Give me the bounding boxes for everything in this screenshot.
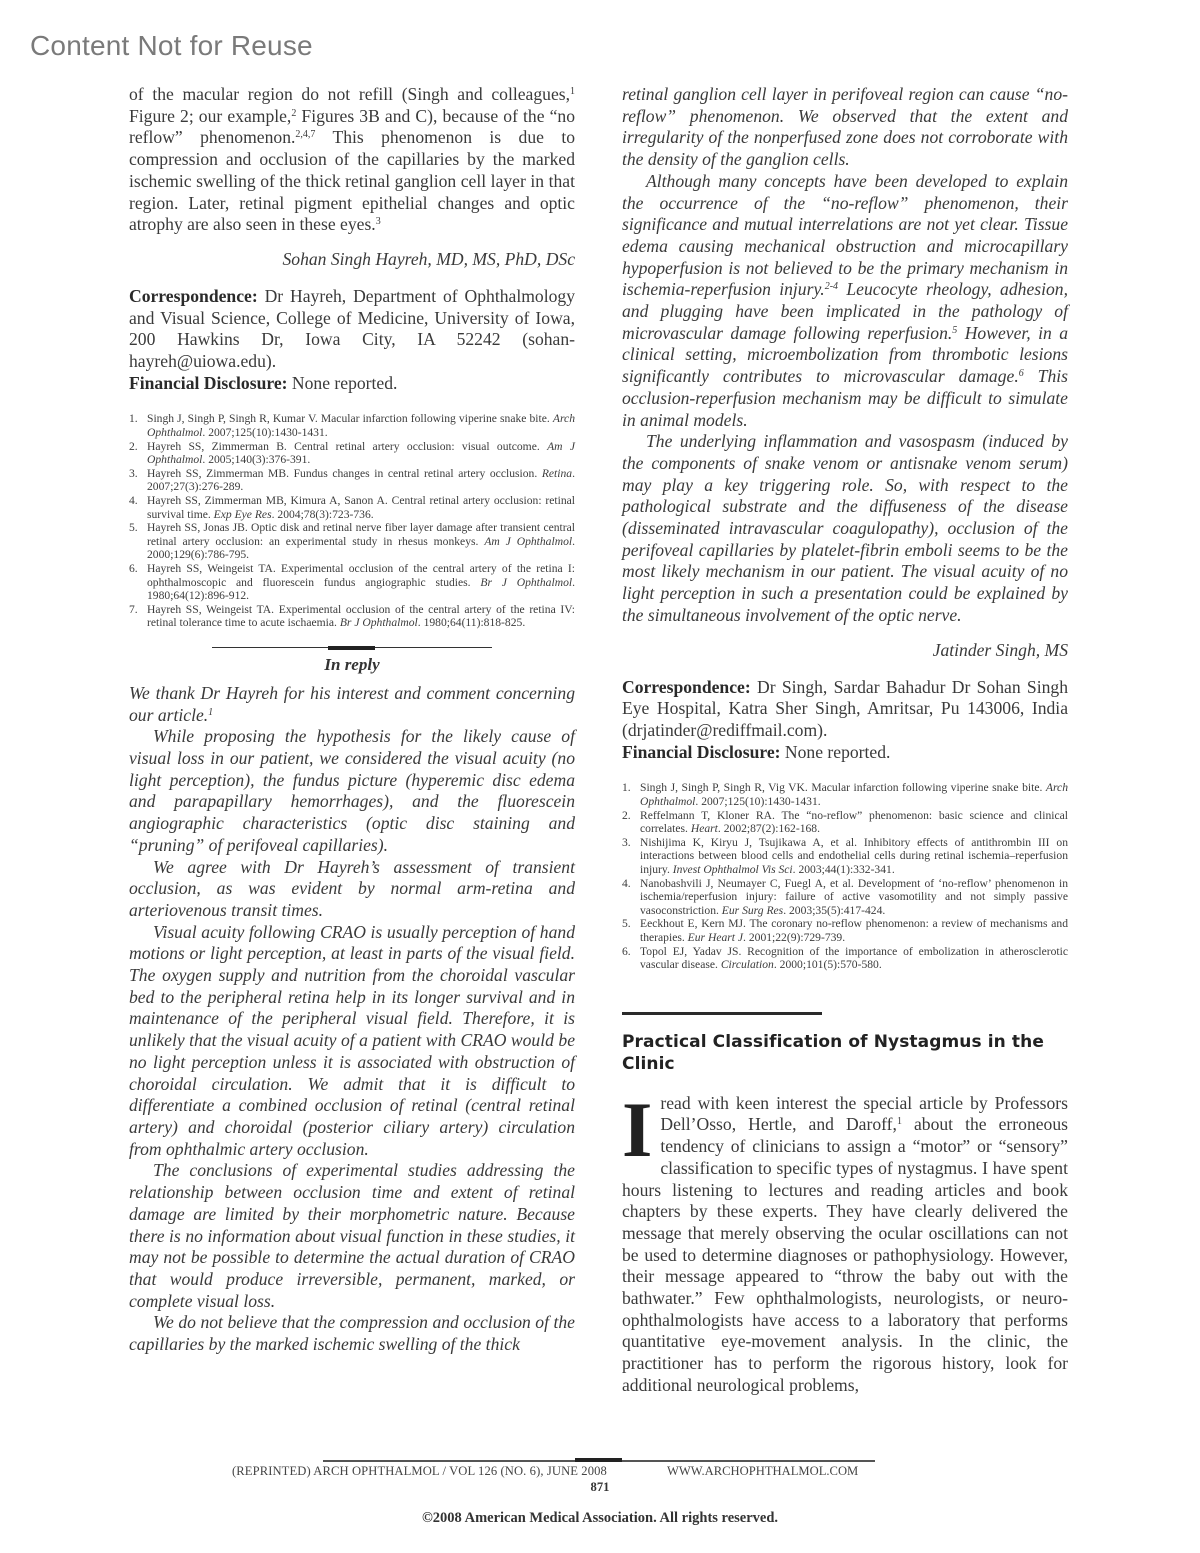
reference-cite: . 2003;44(1):332-341. [793, 863, 895, 876]
reference-item: 4.Nanobashvili J, Neumayer C, Fuegl A, e… [622, 877, 1068, 918]
reference-cite: . 2001;22(9):729-739. [743, 931, 845, 944]
reference-number: 1. [129, 412, 138, 426]
citation-superscript: 1 [570, 86, 575, 97]
reference-cite: . 2000;101(5):570-580. [774, 958, 882, 971]
reference-number: 1. [622, 781, 631, 795]
reference-item: 7.Hayreh SS, Weingeist TA. Experimental … [129, 603, 575, 630]
text: We thank Dr Hayreh for his interest and … [129, 683, 575, 725]
reference-number: 6. [622, 945, 631, 959]
reply-continuation: retinal ganglion cell layer in perifovea… [622, 84, 1068, 171]
reference-item: 6.Topol EJ, Yadav JS. Recognition of the… [622, 945, 1068, 972]
citation-superscript: 1 [208, 707, 213, 718]
reference-journal: Circulation [721, 958, 774, 971]
reference-item: 3.Hayreh SS, Zimmerman MB. Fundus change… [129, 467, 575, 494]
reply-paragraph: The conclusions of experimental studies … [129, 1160, 575, 1312]
reference-number: 5. [622, 917, 631, 931]
reference-number: 3. [129, 467, 138, 481]
reference-list: 1.Singh J, Singh P, Singh R, Kumar V. Ma… [129, 412, 575, 630]
citation-superscript: 2,4,7 [295, 129, 315, 140]
correspondence-label: Correspondence: [129, 286, 258, 306]
reference-item: 6.Hayreh SS, Weingeist TA. Experimental … [129, 562, 575, 603]
reference-cite: . 2007;125(10):1430-1431. [695, 795, 820, 808]
author-signature: Jatinder Singh, MS [622, 639, 1068, 661]
watermark: Content Not for Reuse [30, 30, 313, 62]
copyright-notice: ©2008 American Medical Association. All … [0, 1510, 1200, 1527]
text: of the macular region do not refill (Sin… [129, 84, 570, 104]
reference-number: 6. [129, 562, 138, 576]
disclosure-label: Financial Disclosure: [622, 742, 781, 762]
reference-number: 4. [129, 494, 138, 508]
page-number: 871 [0, 1480, 1200, 1495]
reference-item: 1.Singh J, Singh P, Singh R, Vig VK. Mac… [622, 781, 1068, 808]
section-title: Practical Classification of Nystagmus in… [622, 1031, 1068, 1075]
reference-item: 5.Eeckhout E, Kern MJ. The coronary no-r… [622, 917, 1068, 944]
reply-paragraph: Although many concepts have been develop… [622, 171, 1068, 431]
reference-journal: Retina [542, 467, 572, 480]
correspondence: Correspondence: Dr Singh, Sardar Bahadur… [622, 677, 1068, 764]
reference-item: 2.Reffelmann T, Kloner RA. The “no-reflo… [622, 809, 1068, 836]
text: about the erroneous tendency of clinicia… [622, 1114, 1068, 1394]
reference-number: 2. [129, 440, 138, 454]
reference-item: 3.Nishijima K, Kiryu J, Tsujikawa A, et … [622, 836, 1068, 877]
citation-superscript: 3 [376, 216, 381, 227]
reference-text: Hayreh SS, Zimmerman MB. Fundus changes … [147, 467, 542, 480]
reply-paragraph: We agree with Dr Hayreh’s assessment of … [129, 857, 575, 922]
disclosure-label: Financial Disclosure: [129, 373, 288, 393]
reference-cite: . 2007;125(10):1430-1431. [202, 426, 327, 439]
author-signature: Sohan Singh Hayreh, MD, MS, PhD, DSc [129, 248, 575, 270]
reference-item: 5.Hayreh SS, Jonas JB. Optic disk and re… [129, 521, 575, 562]
reference-number: 5. [129, 521, 138, 535]
reference-item: 4.Hayreh SS, Zimmerman MB, Kimura A, San… [129, 494, 575, 521]
reference-journal: Invest Ophthalmol Vis Sci [673, 863, 793, 876]
reference-item: 1.Singh J, Singh P, Singh R, Kumar V. Ma… [129, 412, 575, 439]
reference-text: Singh J, Singh P, Singh R, Kumar V. Macu… [147, 412, 553, 425]
reference-number: 7. [129, 603, 138, 617]
reply-paragraph: We do not believe that the compression a… [129, 1312, 575, 1355]
section-rule [622, 1012, 822, 1015]
reference-number: 4. [622, 877, 631, 891]
reference-text: Singh J, Singh P, Singh R, Vig VK. Macul… [640, 781, 1046, 794]
citation-superscript: 2-4 [825, 281, 838, 292]
in-reply-heading: In reply [129, 655, 575, 675]
reference-journal: Heart [691, 822, 718, 835]
reference-journal: Br J Ophthalmol [480, 576, 572, 589]
section-separator [212, 646, 492, 649]
reference-journal: Exp Eye Res [214, 508, 272, 521]
drop-cap: I [622, 1099, 652, 1161]
disclosure-text: None reported. [288, 373, 398, 393]
reply-paragraph: The underlying inflammation and vasospas… [622, 431, 1068, 626]
reference-journal: Eur Heart J [688, 931, 743, 944]
disclosure-text: None reported. [781, 742, 891, 762]
reply-paragraph: We thank Dr Hayreh for his interest and … [129, 683, 575, 726]
reply-paragraph: Visual acuity following CRAO is usually … [129, 922, 575, 1161]
reference-journal: Br J Ophthalmol [340, 616, 418, 629]
reference-cite: . 1980;64(11):818-825. [418, 616, 525, 629]
reference-item: 2.Hayreh SS, Zimmerman B. Central retina… [129, 440, 575, 467]
reference-cite: . 2005;140(3):376-391. [202, 453, 310, 466]
reference-cite: . 2004;78(3):723-736. [272, 508, 374, 521]
reference-cite: . 2003;35(5):417-424. [783, 904, 885, 917]
correspondence-label: Correspondence: [622, 677, 751, 697]
footer-rule-accent [575, 1458, 622, 1462]
right-column: retinal ganglion cell layer in perifovea… [622, 84, 1068, 1397]
reference-list: 1.Singh J, Singh P, Singh R, Vig VK. Mac… [622, 781, 1068, 971]
reference-number: 3. [622, 836, 631, 850]
intro-paragraph: of the macular region do not refill (Sin… [129, 84, 575, 236]
journal-citation: (REPRINTED) ARCH OPHTHALMOL / VOL 126 (N… [232, 1464, 607, 1479]
correspondence: Correspondence: Dr Hayreh, Department of… [129, 286, 575, 395]
section-paragraph: I read with keen interest the special ar… [622, 1093, 1068, 1397]
reference-journal: Am J Ophthalmol [484, 535, 572, 548]
left-column: of the macular region do not refill (Sin… [129, 84, 575, 1356]
reply-paragraph: While proposing the hypothesis for the l… [129, 726, 575, 856]
reference-text: Hayreh SS, Zimmerman B. Central retinal … [147, 440, 547, 453]
journal-website: WWW.ARCHOPHTHALMOL.COM [667, 1464, 858, 1479]
reference-cite: . 2002;87(2):162-168. [718, 822, 820, 835]
reference-journal: Eur Surg Res [722, 904, 783, 917]
reference-number: 2. [622, 809, 631, 823]
text: Figure 2; our example, [129, 106, 291, 126]
separator-accent [328, 646, 375, 650]
